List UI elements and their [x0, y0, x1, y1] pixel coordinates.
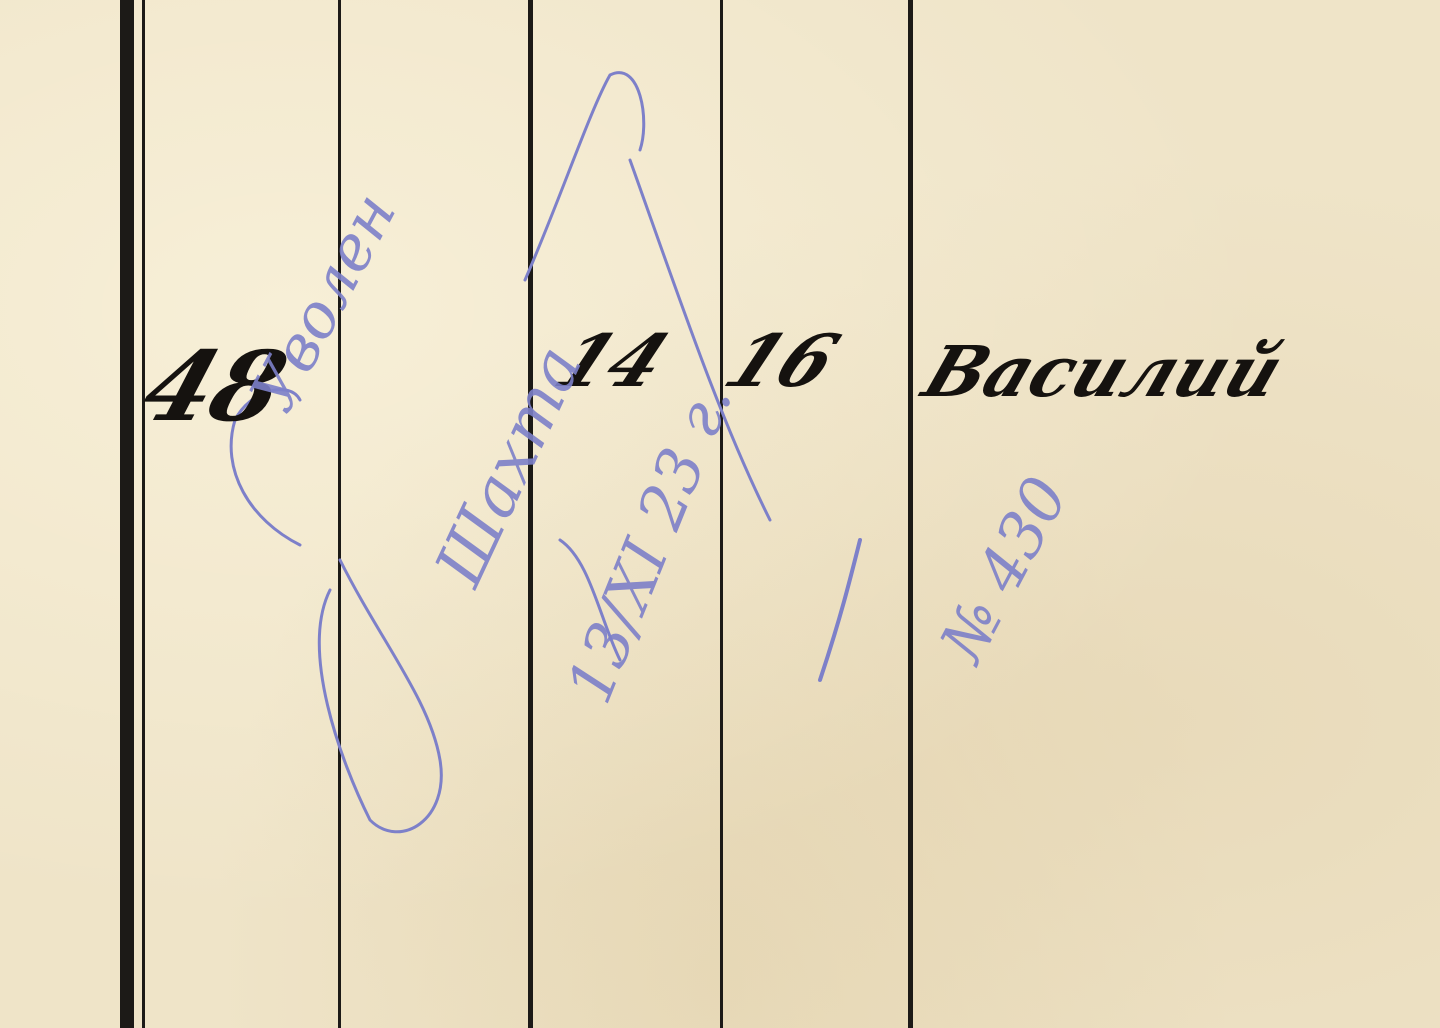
pencil-strokes [0, 0, 1440, 1028]
entry-name: Василий [913, 330, 1294, 413]
